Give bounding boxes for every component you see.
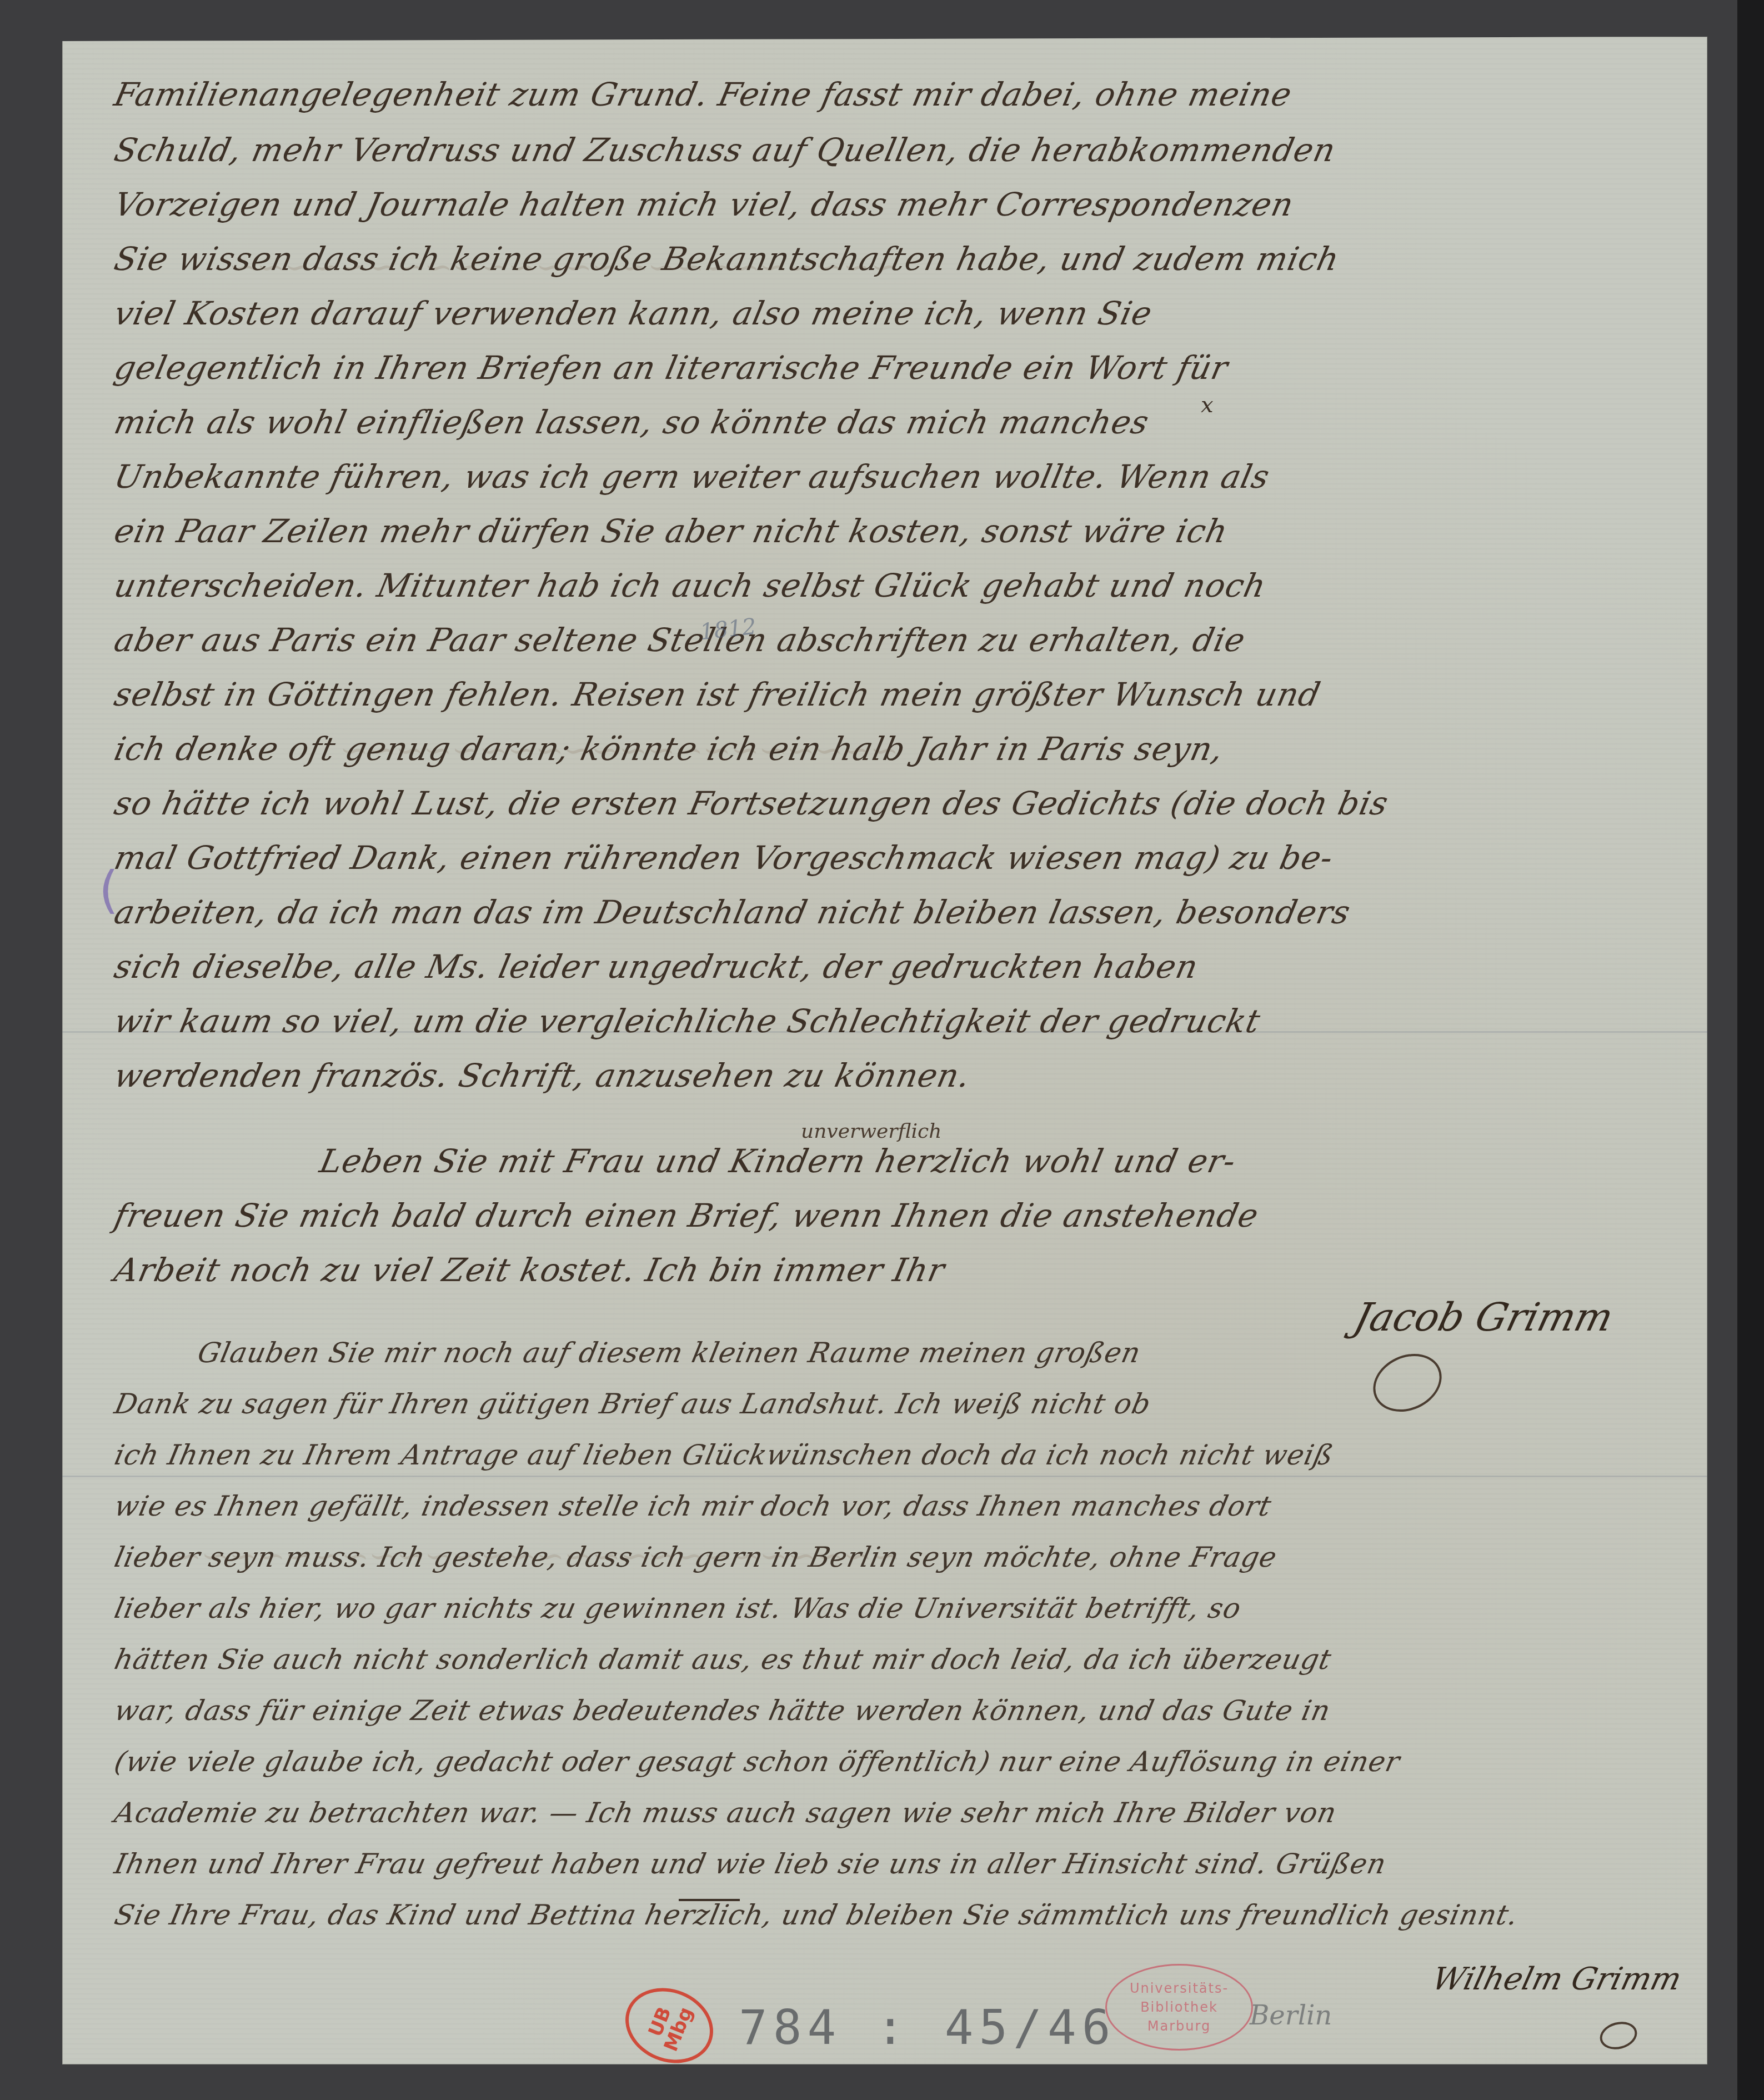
text-line: mal Gottfried Dank, einen rührenden Vorg… [111, 839, 1337, 877]
text-line: hätten Sie auch nicht sonderlich damit a… [112, 1643, 1335, 1676]
text-line: ich denke oft genug daran; könnte ich ei… [111, 730, 1227, 768]
text-line: Sie wissen dass ich keine große Bekannts… [111, 240, 1343, 278]
text-line: arbeiten, da ich man das im Deutschland … [111, 893, 1354, 931]
text-line: Ihnen und Ihrer Frau gefreut haben und w… [112, 1848, 1390, 1880]
text-line: Unbekannte führen, was ich gern weiter a… [111, 458, 1274, 496]
dash-rule [679, 1899, 740, 1901]
text-line: sich dieselbe, alle Ms. leider ungedruck… [111, 948, 1202, 986]
text-line: lieber als hier, wo gar nichts zu gewinn… [112, 1592, 1244, 1624]
closing-line: Arbeit noch zu viel Zeit kostet. Ich bin… [111, 1251, 949, 1289]
letter-page: ~~~~~~~~~~~~~~~~~~~~~~~~ ~~~~~~~~~~~~~~~… [62, 37, 1707, 2064]
text-line: ich Ihnen zu Ihrem Antrage auf lieben Gl… [112, 1439, 1337, 1471]
text-line: Glauben Sie mir noch auf diesem kleinen … [195, 1337, 1144, 1369]
text-line: so hätte ich wohl Lust, die ersten Forts… [111, 784, 1392, 822]
text-line: lieber seyn muss. Ich gestehe, dass ich … [112, 1541, 1280, 1573]
text-line: wie es Ihnen gefällt, indessen stelle ic… [112, 1490, 1275, 1522]
text-line: Schuld, mehr Verdruss und Zuschuss auf Q… [111, 131, 1339, 169]
text-line: Familienangelegenheit zum Grund. Feine f… [111, 76, 1295, 113]
scanner-mount-edge [1737, 0, 1764, 2100]
fold-line [62, 1476, 1707, 1477]
stamp-text: Marburg [1147, 2017, 1211, 2036]
text-line: unterscheiden. Mitunter hab ich auch sel… [111, 567, 1270, 604]
closing-line: Leben Sie mit Frau und Kindern herzlich … [317, 1142, 1240, 1180]
text-line: wir kaum so viel, um die vergleichliche … [111, 1002, 1264, 1040]
closing-line: freuen Sie mich bald durch einen Brief, … [111, 1197, 1262, 1234]
text-line: viel Kosten darauf verwenden kann, also … [111, 294, 1156, 332]
interlinear-insertion: unverwerflich [801, 1120, 941, 1143]
insertion-mark: x [1201, 392, 1214, 418]
text-line: mich als wohl einfließen lassen, so könn… [111, 403, 1152, 441]
signature-jacob-grimm: Jacob Grimm [1350, 1294, 1618, 1340]
library-stamp: Universitäts- Bibliothek Marburg [1105, 1964, 1253, 2051]
stamp-text: Universitäts- [1130, 1979, 1229, 1998]
signature-wilhelm-grimm: Wilhelm Grimm [1429, 1961, 1685, 1997]
text-line: (wie viele glaube ich, gedacht oder gesa… [112, 1746, 1403, 1778]
text-line: Sie Ihre Frau, das Kind und Bettina herz… [112, 1899, 1521, 1931]
text-line: Academie zu betrachten war. — Ich muss a… [112, 1797, 1340, 1829]
pencil-place-note: Berlin [1250, 2000, 1332, 2031]
text-line: werdenden französ. Schrift, anzusehen zu… [111, 1057, 974, 1094]
text-line: aber aus Paris ein Paar seltene Stellen … [111, 621, 1249, 659]
text-line: Dank zu sagen für Ihren gütigen Brief au… [112, 1388, 1154, 1420]
text-line: ein Paar Zeilen mehr dürfen Sie aber nic… [111, 512, 1231, 550]
text-line: war, dass für einige Zeit etwas bedeuten… [112, 1694, 1334, 1727]
stamp-text: Bibliothek [1140, 1998, 1218, 2017]
text-line: gelegentlich in Ihren Briefen an literar… [111, 349, 1232, 387]
purple-bracket-mark: ( [99, 861, 118, 919]
text-line: selbst in Göttingen fehlen. Reisen ist f… [111, 676, 1324, 713]
text-line: Vorzeigen und Journale halten mich viel,… [111, 186, 1297, 223]
shelfmark: 784 : 45/46 [739, 2000, 1116, 2056]
